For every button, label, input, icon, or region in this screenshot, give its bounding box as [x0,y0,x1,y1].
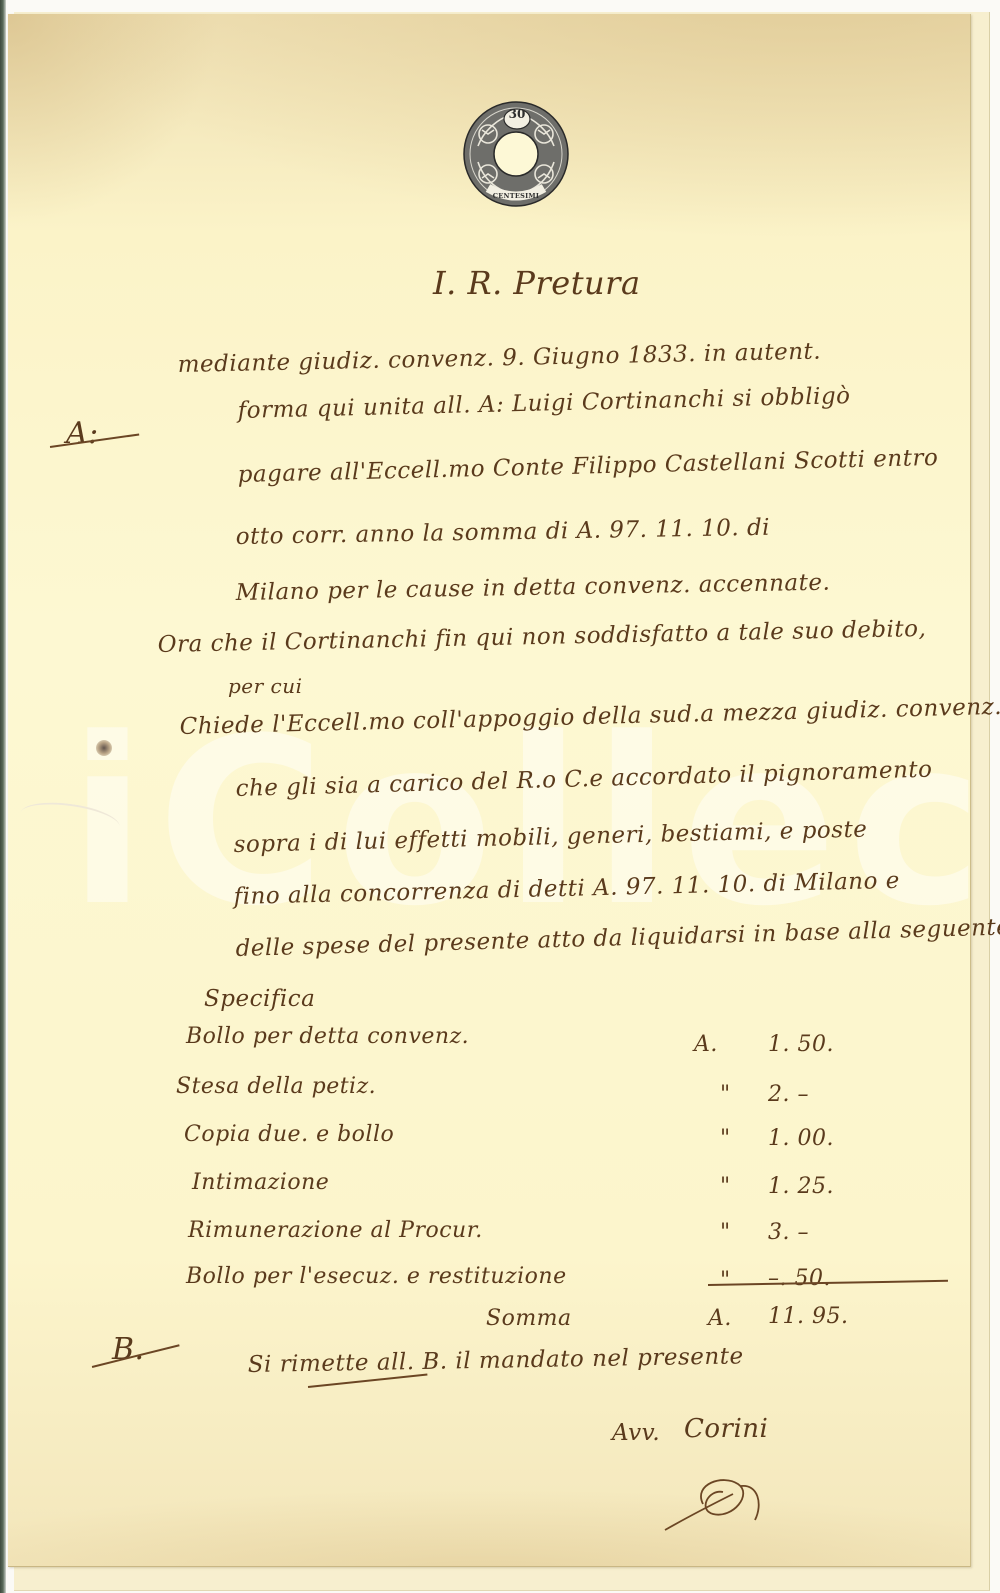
margin-mark-b: B. [112,1332,145,1367]
stamp-label: CENTESIMI [486,192,546,200]
body-line-4: otto corr. anno la somma di A. 97. 11. 1… [236,515,771,550]
expense-item: Bollo per l'esecuz. e restituzione [186,1264,567,1289]
margin-mark-a: A: [66,416,99,451]
expense-item: Rimunerazione al Procur. [188,1218,483,1243]
expense-amount: 3. – [768,1220,809,1245]
body-line-3: pagare all'Eccell.mo Conte Filippo Caste… [237,445,938,488]
total-currency: A. [708,1306,732,1331]
body-line-11: fino alla concorrenza di detti A. 97. 11… [233,868,900,910]
expense-item: Copia due. e bollo [184,1122,394,1147]
expense-amount: 1. 50. [768,1032,834,1057]
expense-currency: " [720,1268,731,1293]
body-line-6: Ora che il Cortinanchi fin qui non soddi… [157,616,926,658]
stamp-value: 30 [506,107,528,121]
body-line-10: sopra i di lui effetti mobili, generi, b… [233,817,867,858]
ink-stain [96,740,112,756]
signature-name: Corini [684,1414,768,1444]
scan-frame-edge [0,0,6,1593]
expense-item: Stesa della petiz. [176,1074,376,1099]
expense-amount: 1. 25. [768,1174,834,1199]
expense-currency: " [720,1082,731,1107]
expense-item: Intimazione [192,1170,329,1195]
binding-thread [18,797,121,843]
expense-currency: " [720,1174,731,1199]
expense-amount: 1. 00. [768,1126,834,1151]
expense-heading: Specifica [204,986,315,1012]
expense-amount: –. 50. [768,1266,831,1291]
body-line-8: Chiede l'Eccell.mo coll'appoggio della s… [179,694,1000,740]
body-line-1: mediante giudiz. convenz. 9. Giugno 1833… [177,339,821,378]
expense-item: Bollo per detta convenz. [186,1024,469,1049]
expense-amount: 2. – [768,1082,809,1107]
body-line-7: per cui [228,674,303,698]
body-line-5: Milano per le cause in detta convenz. ac… [236,570,831,606]
body-line-2: forma qui unita all. A: Luigi Cortinanch… [237,383,850,424]
document-page: iCollec 30 CENTESIMI I. R. Pretura [8,14,971,1567]
document-heading: I. R. Pretura [433,264,641,302]
total-label: Somma [486,1306,572,1331]
body-line-12: delle spese del presente atto da liquida… [235,914,1000,962]
signature-flourish-icon [663,1464,773,1534]
expense-currency: " [720,1220,731,1245]
total-amount: 11. 95. [768,1304,848,1329]
revenue-stamp: 30 CENTESIMI [462,100,570,208]
expense-currency: " [720,1126,731,1151]
signature-title: Avv. [612,1420,660,1446]
expense-currency: A. [694,1032,718,1057]
closing-line: Si rimette all. B. il mandato nel presen… [248,1343,744,1378]
body-line-9: che gli sia a carico del R.o C.e accorda… [235,757,932,802]
